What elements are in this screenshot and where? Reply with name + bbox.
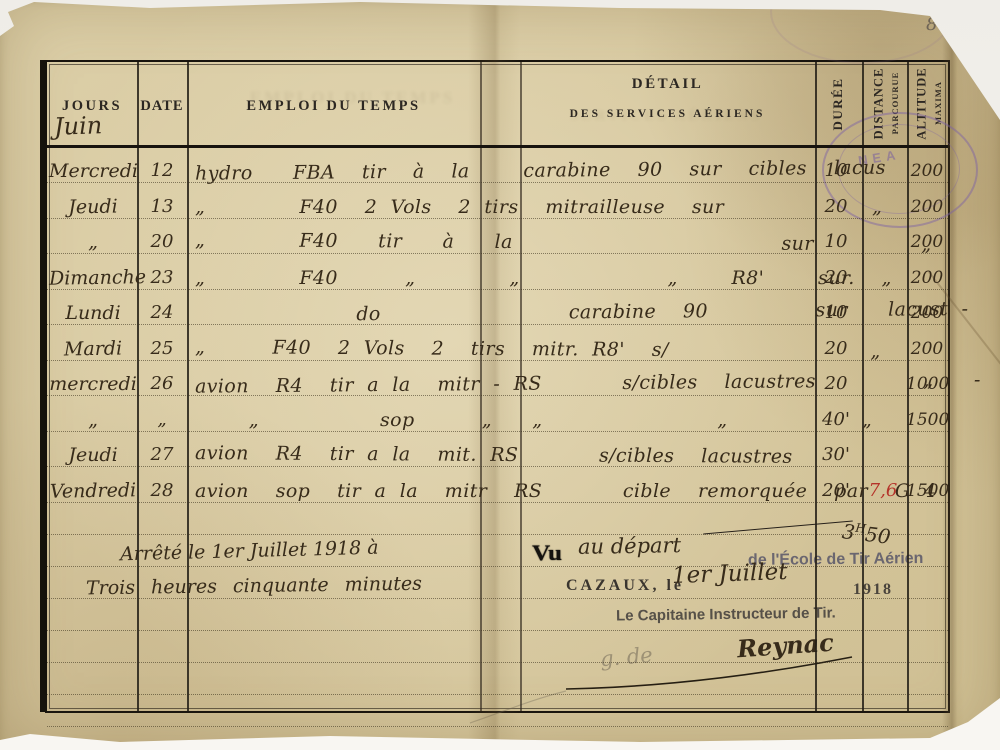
date-cell: 25: [139, 334, 185, 364]
day-cell: mercredi: [49, 369, 137, 399]
duree-cell: 10: [813, 298, 859, 328]
date-cell: 28: [139, 476, 185, 506]
date-cell: 20: [139, 227, 185, 257]
empty-table-row: [47, 695, 948, 727]
entry-cell: „ F40 „ „ „ R8' sur. „: [195, 263, 810, 293]
entry-cell: „ F40 2 Vols 2 tirs mitrailleuse sur „: [195, 192, 810, 222]
duree-cell: 20': [813, 476, 859, 506]
date-cell: 27: [139, 440, 185, 470]
altitude-cell: 1000: [906, 369, 948, 399]
table-left-border: [40, 60, 47, 712]
empty-table-row: [47, 503, 948, 535]
altitude-cell: 200: [906, 298, 948, 328]
date-cell: 24: [139, 298, 185, 328]
altitude-cell: 200: [906, 334, 948, 364]
duree-cell: 10: [813, 227, 859, 257]
duree-cell: 30': [813, 440, 859, 470]
date-cell: 12: [139, 156, 185, 186]
table-row: „„ „ sop „ „ „ „40'1500: [47, 396, 948, 432]
distance-cell: 7,6: [861, 476, 905, 506]
column-header-date: DATE: [137, 98, 187, 115]
altitude-cell: 200: [906, 227, 948, 257]
scanned-logbook-page: EMPLOI DU TEMPS SERVICES AÉRIENS NEA JOU…: [0, 0, 1000, 750]
empty-table-row: [47, 599, 948, 631]
entry-cell: avion sop tir a la mitr RS cible remorqu…: [195, 476, 810, 506]
month-heading: Juin: [54, 111, 103, 141]
table-row: Dimanche23„ F40 „ „ „ R8' sur. „20200: [47, 254, 948, 290]
duree-cell: 20: [813, 369, 859, 399]
empty-table-row: [47, 663, 948, 695]
day-cell: Jeudi: [49, 440, 137, 470]
column-header-detail: DÉTAIL: [520, 76, 815, 93]
table-row: Jeudi27avion R4 tir a la mit. RS s/cible…: [47, 432, 948, 468]
empty-table-row: [47, 631, 948, 663]
empty-table-row: [47, 535, 948, 567]
entry-cell: „ sop „ „ „ „: [195, 405, 810, 435]
altitude-cell: 1500: [906, 476, 948, 506]
day-cell: „: [49, 227, 137, 257]
table-row: Mercredi12hydro FBA tir à la carabine 90…: [47, 148, 948, 184]
altitude-cell: 200: [906, 156, 948, 186]
duree-cell: 20: [813, 263, 859, 293]
altitude-cell: 200: [906, 263, 948, 293]
duree-cell: 20: [813, 334, 859, 364]
day-cell: Lundi: [49, 298, 137, 328]
date-cell: 26: [139, 369, 185, 399]
table-row: Lundi24 do carabine 90 sur lacust -10200: [47, 290, 948, 326]
table-row: mercredi26avion R4 tir a la mitr - RS s/…: [47, 361, 948, 397]
table-row: Mardi25„ F40 2 Vols 2 tirs mitr. R8' s/ …: [47, 325, 948, 361]
altitude-cell: 200: [906, 192, 948, 222]
duree-cell: 20: [813, 192, 859, 222]
column-header-emploi: EMPLOI DU TEMPS: [187, 98, 480, 115]
duree-cell: 40': [813, 405, 859, 435]
table-row: Vendredi28avion sop tir a la mitr RS cib…: [47, 467, 948, 503]
table-row: „20„ F40 tir à la sur „10200: [47, 219, 948, 255]
date-cell: „: [139, 405, 185, 435]
altitude-cell: 1500: [906, 405, 948, 435]
date-cell: 23: [139, 263, 185, 293]
table-row: Jeudi13„ F40 2 Vols 2 tirs mitrailleuse …: [47, 183, 948, 219]
table-frame: JOURS DATE EMPLOI DU TEMPS DÉTAIL DES SE…: [45, 60, 950, 713]
empty-table-row: [47, 567, 948, 599]
date-cell: 13: [139, 192, 185, 222]
faint-stamp-arc: [770, 0, 954, 64]
duree-cell: 10: [813, 156, 859, 186]
column-header-detail-sub: DES SERVICES AÉRIENS: [520, 108, 815, 120]
day-cell: Mercredi: [49, 156, 137, 186]
table-rows: Mercredi12hydro FBA tir à la carabine 90…: [47, 148, 948, 710]
